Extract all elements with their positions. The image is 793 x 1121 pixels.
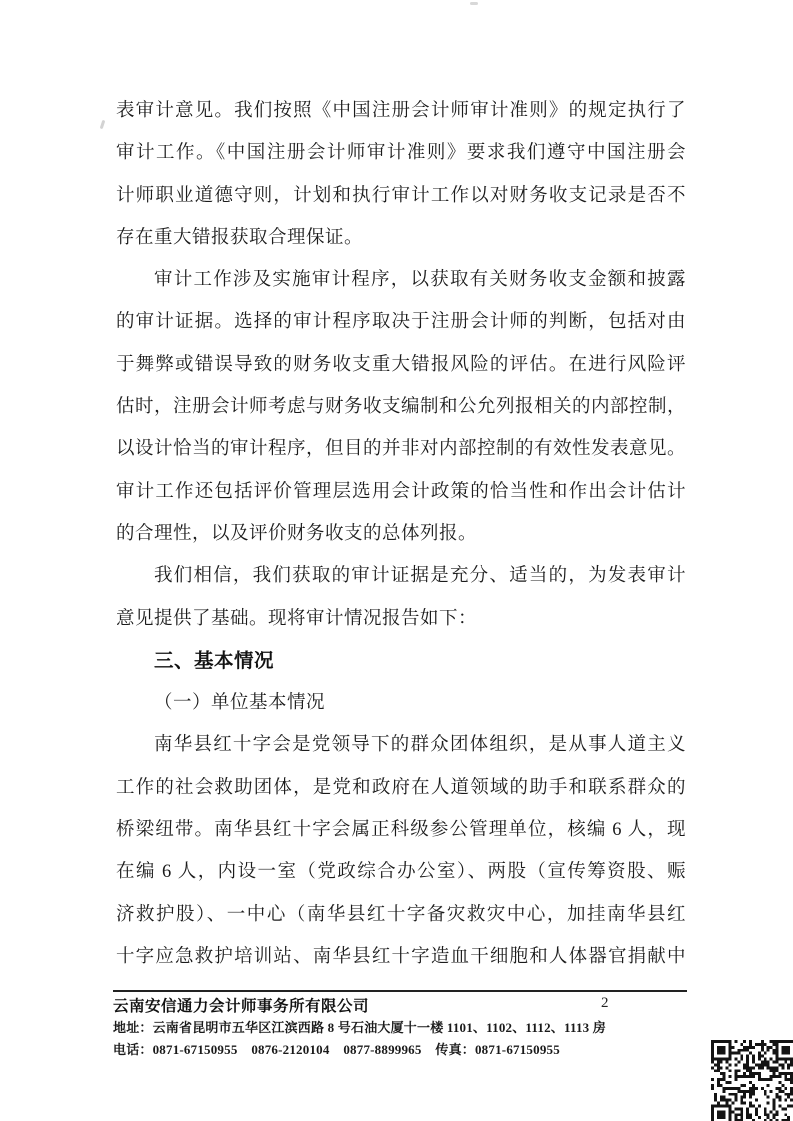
scan-artifact [100,120,106,129]
text-line: 我们相信，我们获取的审计证据是充分、适当的，为发表审计 [116,555,686,597]
scan-artifact [470,2,478,5]
page-footer: 云南安信通力会计师事务所有限公司 2 地址：云南省昆明市五华区江滨西路 8 号石… [113,990,687,1058]
text-line: 审计工作。《中国注册会计师审计准则》要求我们遵守中国注册会 [116,132,686,174]
text-line: 审计工作还包括评价管理层选用会计政策的恰当性和作出会计估计 [116,471,686,513]
text-line: 工作的社会救助团体，是党和政府在人道领域的助手和联系群众的 [116,767,686,809]
text-line: 的审计证据。选择的审计程序取决于注册会计师的判断，包括对由 [116,301,686,343]
text-line: 估时，注册会计师考虑与财务收支编制和公允列报相关的内部控制， [116,386,686,428]
footer-address: 地址：云南省昆明市五华区江滨西路 8 号石油大厦十一楼 1101、1102、11… [113,1017,687,1036]
scanned-document-page: 表审计意见。我们按照《中国注册会计师审计准则》的规定执行了审计工作。《中国注册会… [0,0,793,1121]
document-body: 表审计意见。我们按照《中国注册会计师审计准则》的规定执行了审计工作。《中国注册会… [116,90,686,978]
text-line: 存在重大错报获取合理保证。 [116,217,686,259]
footer-company-row: 云南安信通力会计师事务所有限公司 2 [113,994,687,1014]
footer-company-name: 云南安信通力会计师事务所有限公司 [113,998,369,1015]
text-line: 的合理性，以及评价财务收支的总体列报。 [116,513,686,555]
text-line: 审计工作涉及实施审计程序，以获取有关财务收支金额和披露 [116,259,686,301]
qr-code [711,1040,793,1121]
text-line: 济救护股）、一中心（南华县红十字备灾救灾中心，加挂南华县红 [116,894,686,936]
text-line: 以设计恰当的审计程序，但目的并非对内部控制的有效性发表意见。 [116,428,686,470]
text-line: 在编 6 人，内设一室（党政综合办公室）、两股（宣传筹资股、赈 [116,851,686,893]
text-line: 于舞弊或错误导致的财务收支重大错报风险的评估。在进行风险评 [116,344,686,386]
page-number: 2 [601,995,609,1012]
text-line: 南华县红十字会是党领导下的群众团体组织，是从事人道主义 [116,724,686,766]
section-heading: 三、基本情况 [116,640,686,682]
section-heading: （一）单位基本情况 [116,682,686,724]
text-line: 表审计意见。我们按照《中国注册会计师审计准则》的规定执行了 [116,90,686,132]
text-line: 桥梁纽带。南华县红十字会属正科级参公管理单位，核编 6 人，现 [116,809,686,851]
footer-phone: 电话：0871-67150955 0876-2120104 0877-88999… [113,1039,687,1058]
text-line: 十字应急救护培训站、南华县红十字造血干细胞和人体器官捐献中 [116,936,686,978]
text-line: 计师职业道德守则，计划和执行审计工作以对财务收支记录是否不 [116,175,686,217]
text-line: 意见提供了基础。现将审计情况报告如下： [116,598,686,640]
qr-code-image [711,1040,793,1121]
